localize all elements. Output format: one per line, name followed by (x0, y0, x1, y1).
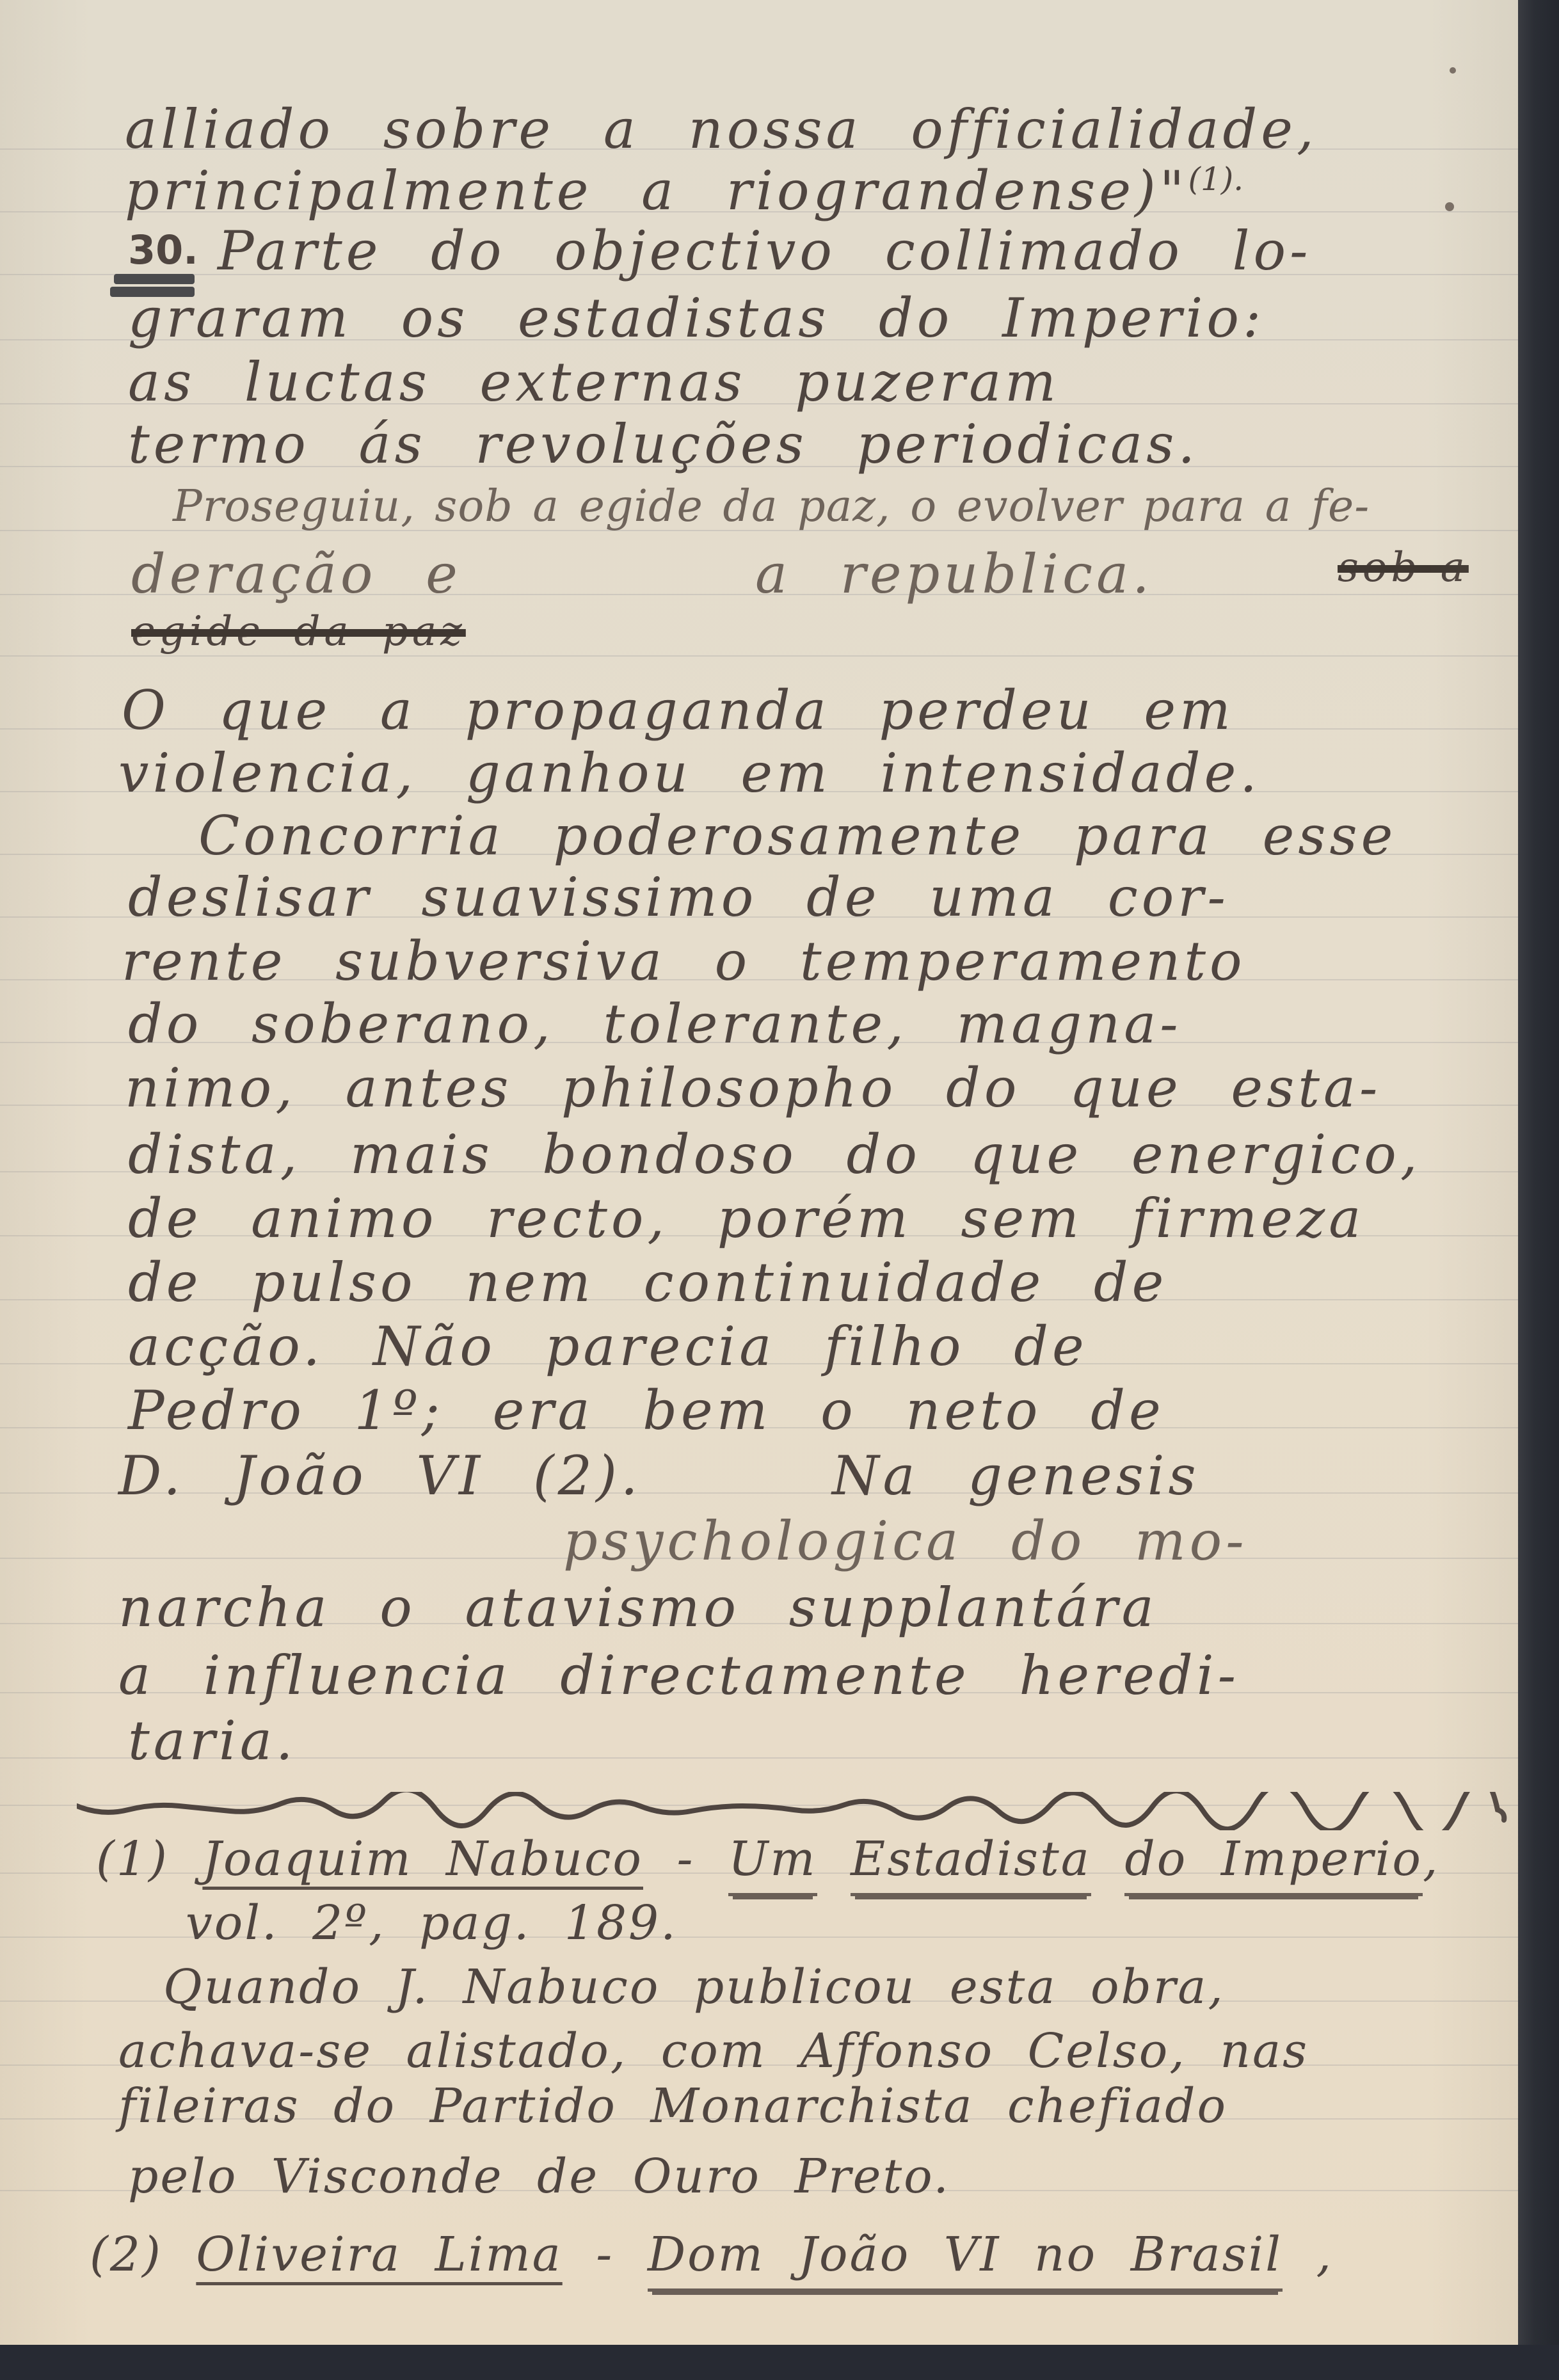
ink-speck (1450, 67, 1456, 74)
scan-background-right (1518, 0, 1559, 2380)
text-line-2: principalmente a riograndense)"(1). (125, 163, 1243, 218)
text-line-22: psychologica do mo- (563, 1514, 1248, 1568)
footnote-2: (2) Oliveira Lima - Dom João VI no Brasi… (90, 2231, 1333, 2278)
text-line-15: nimo, antes philosopho do que esta- (125, 1061, 1381, 1115)
footnote-2-marker: (2) (90, 2227, 163, 2282)
text-line-25: taria. (128, 1714, 297, 1768)
footnote-1-line-2: vol. 2º, pag. 189. (186, 1899, 678, 1947)
footnote-1: (1) Joaquim Nabuco - Um Estadista do Imp… (96, 1835, 1440, 1883)
footnote-1-title-c: do Imperio (1124, 1832, 1423, 1896)
text-line-14: do soberano, tolerante, magna- (128, 997, 1182, 1051)
text-line-23: narcha o atavismo supplantára (118, 1581, 1158, 1634)
struck-text-1: sob a (1338, 547, 1469, 588)
footnote-ref-1: (1). (1188, 161, 1243, 198)
struck-text-2: egide da paz (131, 611, 466, 652)
text-line-19: acção. Não parecia filho de (128, 1320, 1088, 1373)
text-line-12: deslisar suavissimo de uma cor- (128, 870, 1229, 924)
text-line-5: as luctas externas puzeram (128, 355, 1060, 409)
text-line-10: violencia, ganhou em intensidade. (118, 746, 1261, 800)
footnote-2-trail: , (1316, 2227, 1333, 2282)
text-line-18: de pulso nem continuidade de (128, 1256, 1167, 1309)
footnote-1-line-3: Quando J. Nabuco publicou esta obra, (163, 1963, 1225, 2011)
text-line-20: Pedro 1º; era bem o neto de (128, 1384, 1165, 1437)
text-line-11: Concorria poderosamente para esse (198, 809, 1396, 863)
scan-background-bottom (0, 2345, 1559, 2380)
footnote-1-line-4: achava-se alistado, com Affonso Celso, n… (118, 2027, 1309, 2075)
footnote-1-marker: (1) (96, 1832, 169, 1887)
section-number-underline (114, 274, 195, 284)
text-line-13: rente subversiva o temperamento (122, 934, 1246, 988)
footnote-1-title-a: Um (728, 1832, 817, 1896)
ink-speck (1445, 202, 1454, 211)
text-line-21b: Na genesis (832, 1449, 1200, 1503)
text-line-24: a influencia directamente heredi- (118, 1649, 1240, 1702)
text-line-3: Parte do objectivo collimado lo- (218, 224, 1312, 278)
footnote-1-title-b: Estadista (851, 1832, 1091, 1896)
text-line-16: dista, mais bondoso do que energico, (128, 1128, 1421, 1181)
footnote-1-dash: - (643, 1832, 728, 1887)
text-line-9: O que a propaganda perdeu em (122, 683, 1235, 737)
text-line-21a: D. João VI (2). (118, 1449, 642, 1503)
footnote-2-title: Dom João VI no Brasil (648, 2227, 1283, 2292)
footnote-1-trail: , (1423, 1832, 1440, 1887)
footnote-divider (77, 1792, 1510, 1830)
footnote-1-line-6: pelo Visconde de Ouro Preto. (128, 2153, 950, 2200)
text-line-4: graram os estadistas do Imperio: (128, 291, 1265, 345)
text-line-2-body: principalmente a riograndense)" (125, 159, 1188, 222)
text-line-8b: a republica. (755, 547, 1153, 601)
text-line-1: alliado sobre a nossa officialidade, (125, 102, 1318, 156)
manuscript-page: alliado sobre a nossa officialidade, pri… (0, 0, 1518, 2345)
text-line-17: de animo recto, porém sem firmeza (128, 1192, 1364, 1245)
text-line-6: termo ás revoluções periodicas. (128, 417, 1199, 471)
text-line-8a: deração e (131, 547, 461, 601)
footnote-1-line-5: fileiras do Partido Monarchista chefiado (118, 2082, 1227, 2130)
section-number: 30. (128, 227, 198, 273)
footnote-2-author: Oliveira Lima (196, 2227, 562, 2282)
text-line-7: Proseguiu, sob a egide da paz, o evolver… (173, 485, 1370, 529)
footnote-2-dash: - (563, 2227, 648, 2282)
ruled-line (0, 655, 1518, 657)
footnote-1-author: Joaquim Nabuco (202, 1832, 643, 1887)
